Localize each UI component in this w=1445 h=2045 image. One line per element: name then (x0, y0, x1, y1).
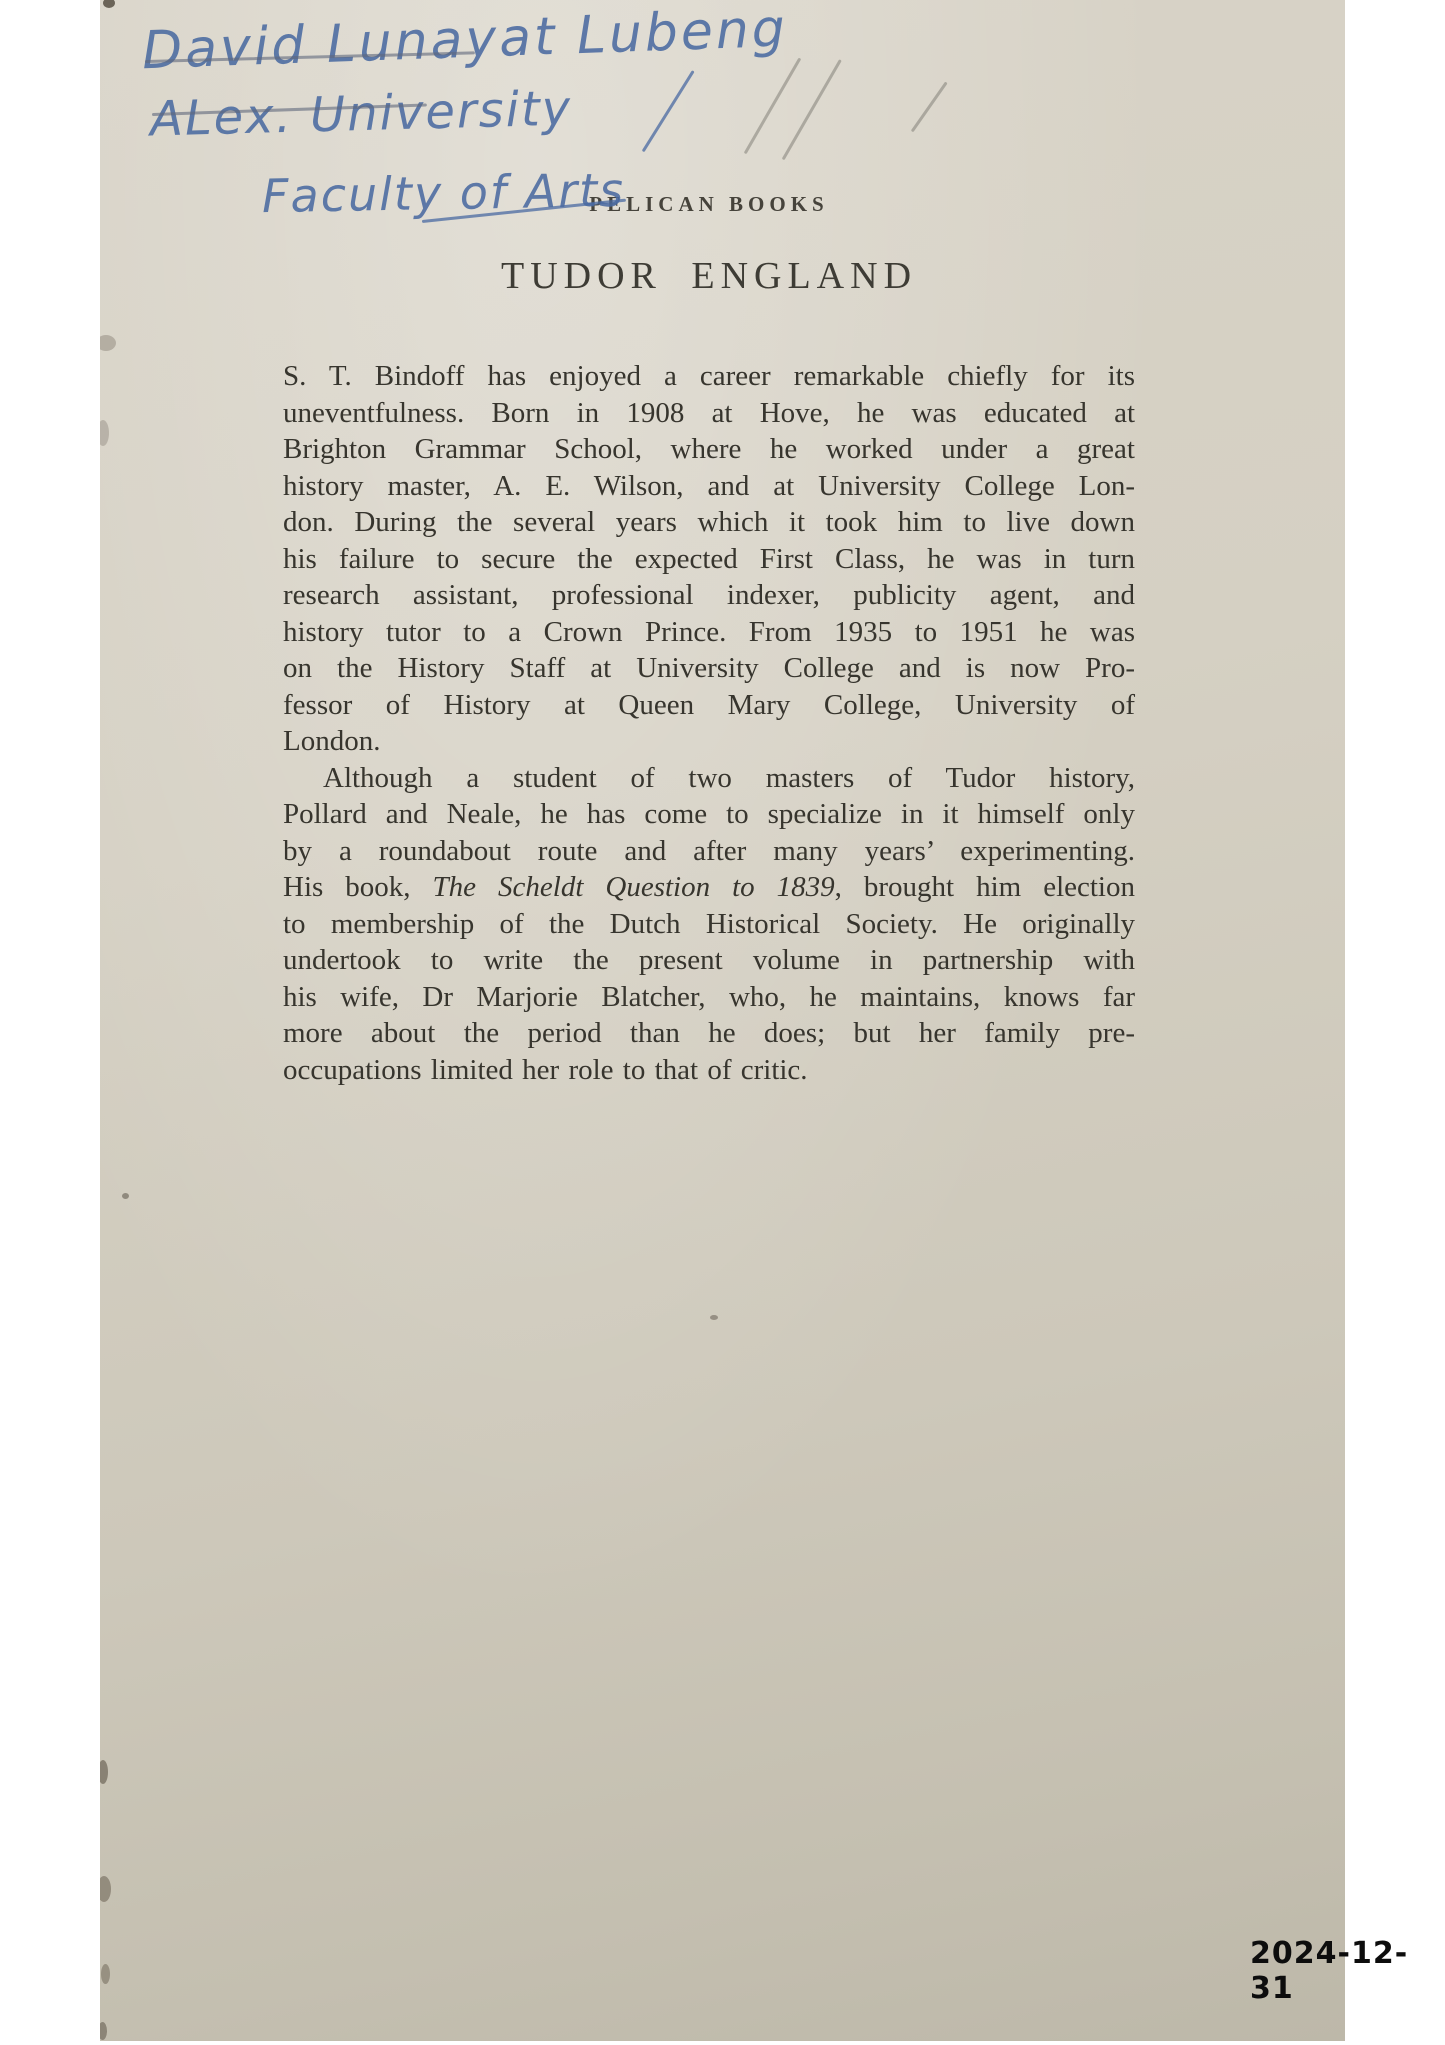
text-line: Brighton Grammar School, where he worked… (283, 431, 1135, 468)
text-line: His book, The Scheldt Question to 1839, … (283, 869, 1135, 906)
text-line: more about the period than he does; but … (283, 1015, 1135, 1052)
text-line: research assistant, professional indexer… (283, 577, 1135, 614)
text-line: history master, A. E. Wilson, and at Uni… (283, 468, 1135, 505)
book-title: TUDOR ENGLAND (283, 254, 1135, 298)
text-line: uneventfulness. Born in 1908 at Hove, he… (283, 395, 1135, 432)
text-line: Pollard and Neale, he has come to specia… (283, 796, 1135, 833)
paper-blemish (103, 0, 115, 8)
date-stamp: 2024-12-31 (1250, 1936, 1445, 2006)
text-line: to membership of the Dutch Historical So… (283, 906, 1135, 943)
text-line: his failure to secure the expected First… (283, 541, 1135, 578)
text-line: occupations limited her role to that of … (283, 1052, 1135, 1089)
about-author-text: S. T. Bindoff has enjoyed a career remar… (283, 358, 1135, 1088)
text-line: fessor of History at Queen Mary College,… (283, 687, 1135, 724)
paper-blemish (100, 335, 116, 351)
pencil-slash (911, 81, 948, 132)
handwritten-university: ALex. University (149, 80, 572, 147)
pen-slash (642, 70, 695, 152)
paper-blemish (100, 1760, 108, 1784)
paper-blemish (122, 1193, 129, 1199)
text-line: S. T. Bindoff has enjoyed a career remar… (283, 358, 1135, 395)
paper-blemish (100, 420, 109, 446)
paper-blemish (101, 1964, 110, 1984)
text-line: history tutor to a Crown Prince. From 19… (283, 614, 1135, 651)
book-page-photo: PELICAN BOOKS TUDOR ENGLAND S. T. Bindof… (100, 0, 1345, 2041)
text-line: don. During the several years which it t… (283, 504, 1135, 541)
paper-blemish (100, 1876, 111, 1902)
paragraph-2: Although a student of two masters of Tud… (283, 760, 1135, 1089)
handwritten-faculty: Faculty of Arts (262, 163, 626, 223)
handwritten-owner-name: David Lunayat Lubeng (141, 0, 789, 81)
text-line: London. (283, 723, 1135, 760)
text-line: by a roundabout route and after many yea… (283, 833, 1135, 870)
text-line: his wife, Dr Marjorie Blatcher, who, he … (283, 979, 1135, 1016)
paragraph-1: S. T. Bindoff has enjoyed a career remar… (283, 358, 1135, 760)
paper-blemish (710, 1315, 718, 1320)
text-line: Although a student of two masters of Tud… (283, 760, 1135, 797)
text-line: on the History Staff at University Colle… (283, 650, 1135, 687)
text-line: undertook to write the present volume in… (283, 942, 1135, 979)
paper-blemish (100, 2022, 107, 2040)
